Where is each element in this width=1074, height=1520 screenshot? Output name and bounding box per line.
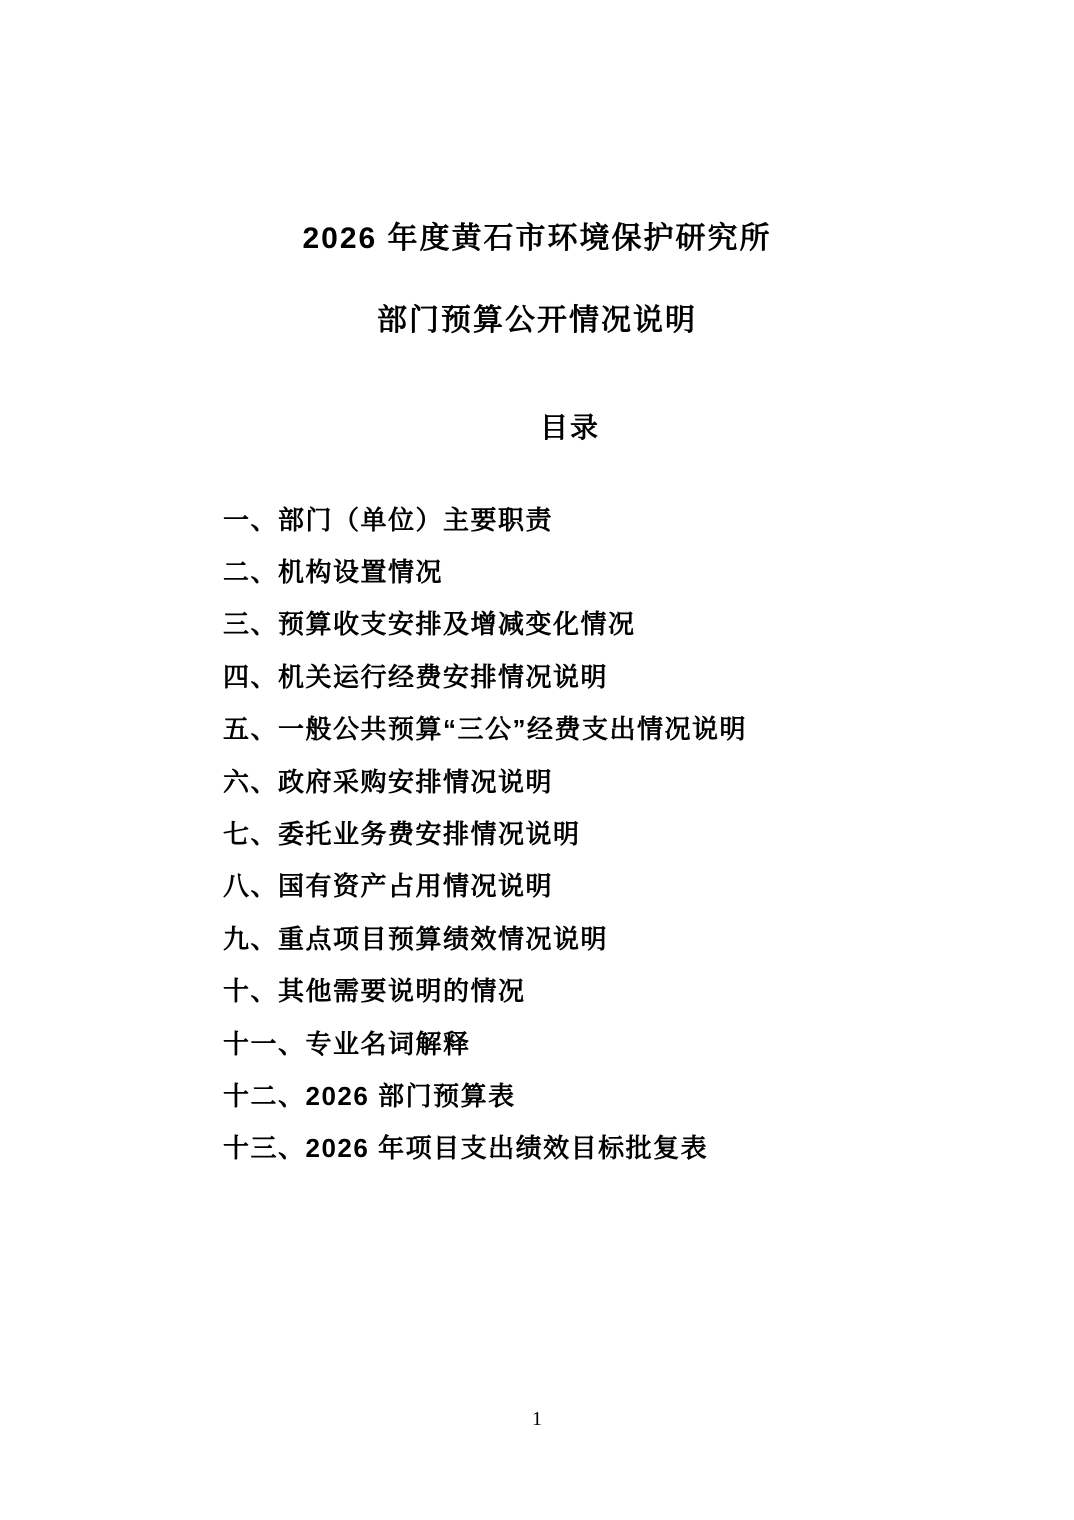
- document-page: 2026 年度黄石市环境保护研究所 部门预算公开情况说明 目录 一、部门（单位）…: [0, 0, 1074, 1520]
- toc-item-3: 三、预算收支安排及增减变化情况: [223, 597, 883, 649]
- toc-item-7: 七、委托业务费安排情况说明: [223, 806, 883, 858]
- toc-item-9: 九、重点项目预算绩效情况说明: [223, 911, 883, 963]
- toc-item-10: 十、其他需要说明的情况: [223, 964, 883, 1016]
- document-title-line2: 部门预算公开情况说明: [0, 304, 1074, 337]
- toc-item-4: 四、机关运行经费安排情况说明: [223, 649, 883, 701]
- toc-item-13: 十三、2026 年项目支出绩效目标批复表: [223, 1121, 883, 1173]
- document-title-line1: 2026 年度黄石市环境保护研究所: [0, 222, 1074, 255]
- page-number: 1: [0, 1408, 1074, 1431]
- toc-item-11: 十一、专业名词解释: [223, 1016, 883, 1068]
- toc-item-6: 六、政府采购安排情况说明: [223, 754, 883, 806]
- toc-item-1: 一、部门（单位）主要职责: [223, 492, 883, 544]
- toc-list: 一、部门（单位）主要职责 二、机构设置情况 三、预算收支安排及增减变化情况 四、…: [223, 492, 883, 1173]
- toc-item-12: 十二、2026 部门预算表: [223, 1068, 883, 1120]
- toc-heading: 目录: [33, 406, 1074, 446]
- toc-item-2: 二、机构设置情况: [223, 544, 883, 596]
- toc-item-5: 五、一般公共预算“三公”经费支出情况说明: [223, 702, 883, 754]
- toc-item-8: 八、国有资产占用情况说明: [223, 859, 883, 911]
